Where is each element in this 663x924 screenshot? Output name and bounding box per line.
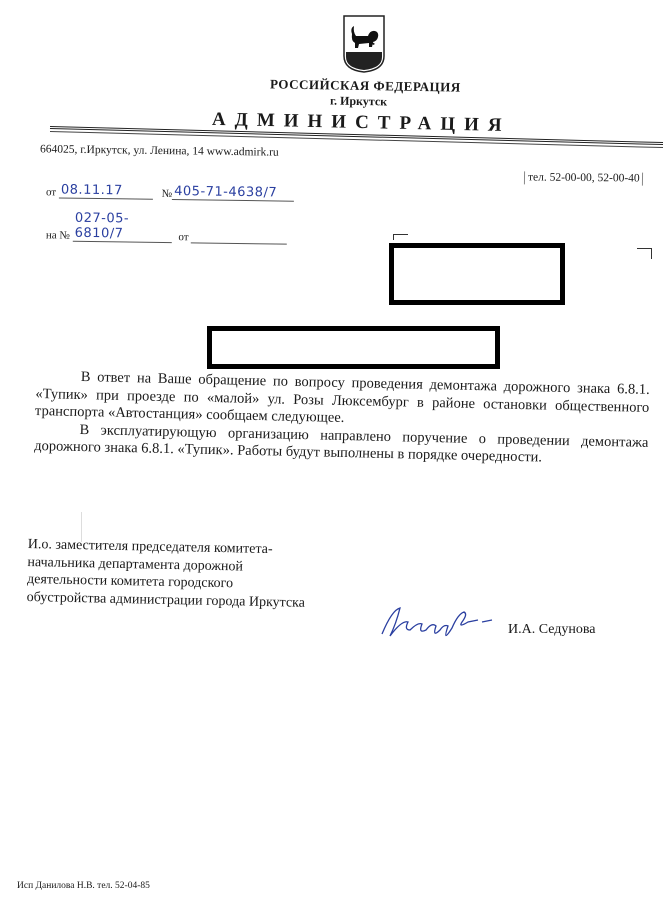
registration-line-2: на № 027-05-6810/7 от [46, 210, 288, 244]
executor-info: Исп Данилова Н.В. тел. 52-04-85 [17, 881, 150, 891]
number-label: № [162, 188, 173, 200]
organization-phone: тел. 52-00-00, 52-00-40 [528, 171, 640, 184]
signatory-position: И.о. заместителя председателя комитета- … [27, 536, 373, 613]
reply-number: 027-05-6810/7 [73, 211, 172, 243]
handwritten-signature-icon [378, 600, 496, 644]
redacted-recipient-name [207, 326, 500, 369]
outgoing-date: 08.11.17 [59, 182, 153, 199]
address-corner-mark [637, 248, 652, 259]
signatory-name: И.А. Седунова [508, 622, 596, 638]
organization-address: 664025, г.Иркутск, ул. Ленина, 14 www.ad… [40, 143, 279, 158]
letter-body: В ответ на Ваше обращение по вопросу про… [34, 368, 650, 469]
outgoing-number: 405-71-4638/7 [172, 184, 294, 202]
registration-line-1: от 08.11.17 №405-71-4638/7 [46, 182, 294, 201]
country-heading: РОССИЙСКАЯ ФЕДЕРАЦИЯ [270, 76, 461, 95]
coat-of-arms-icon [342, 14, 386, 74]
reply-number-label: на № [46, 229, 70, 241]
city-heading: г. Иркутск [330, 94, 387, 110]
from-label: от [46, 186, 56, 198]
reply-date [191, 228, 287, 244]
redacted-recipient-address [389, 243, 565, 305]
reply-from-label: от [178, 231, 188, 243]
address-corner-mark [393, 234, 408, 240]
